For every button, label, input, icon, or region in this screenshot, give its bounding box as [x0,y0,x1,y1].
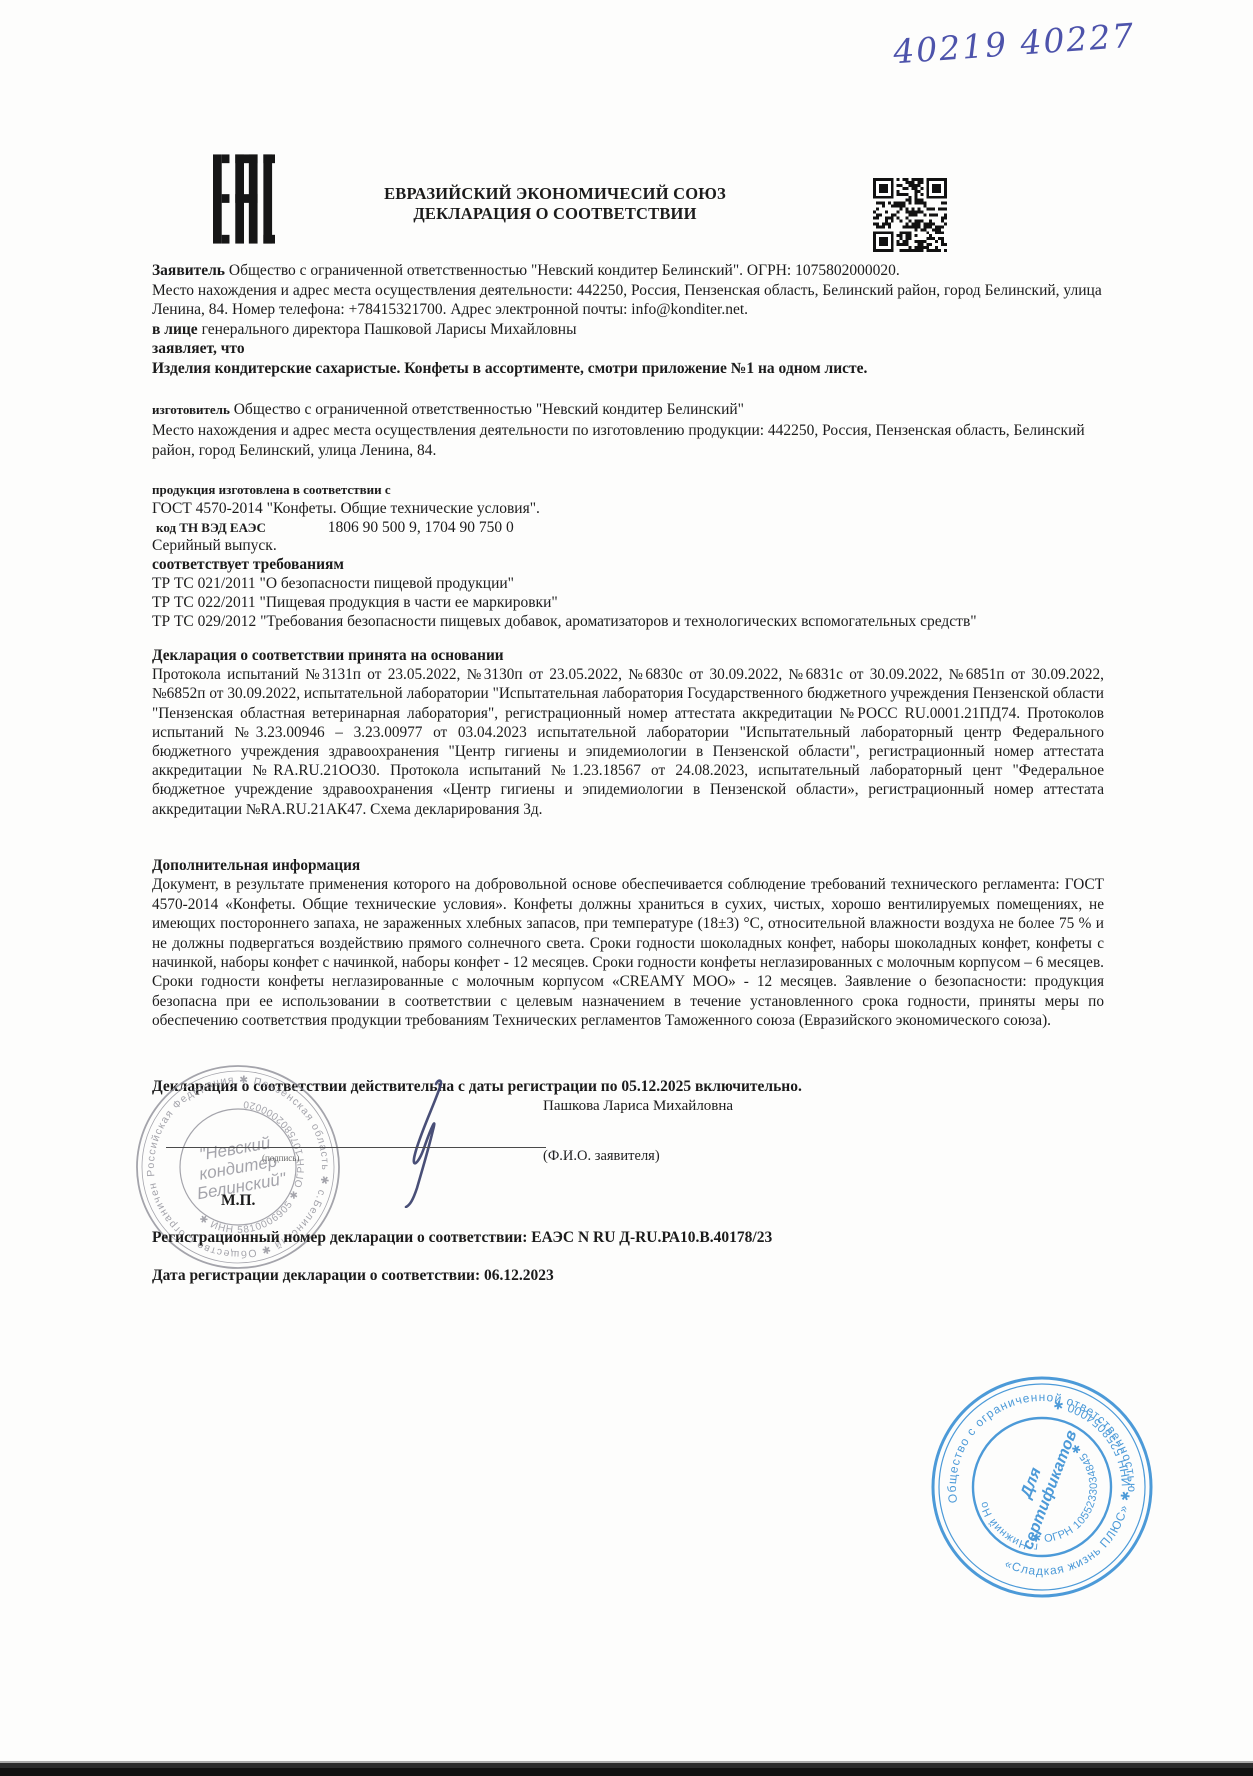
tnved-line: код ТН ВЭД ЕАЭС 1806 90 500 9, 1704 90 7… [152,519,1104,538]
title-line2: ДЕКЛАРАЦИЯ О СООТВЕТСТВИИ [320,204,790,224]
applicant-section: Заявитель Общество с ограниченной ответс… [152,261,1104,379]
eac-logo-icon [213,153,275,245]
regulation-line: ТР ТС 022/2011 "Пищевая продукция в част… [152,594,1104,613]
basis-heading: Декларация о соответствии принята на осн… [152,646,1104,665]
gost-line: ГОСТ 4570-2014 "Конфеты. Общие техническ… [152,500,1104,519]
signature-caption: (подпись) [262,1153,299,1163]
applicant-representative: в лице генерального директора Пашковой Л… [152,320,1104,340]
manufacturer-name: Общество с ограниченной ответственностью… [234,401,744,418]
scan-edge [0,1761,1253,1776]
representative-label: в лице [152,321,198,338]
applicant-intro: Общество с ограниченной ответственностью… [229,262,900,279]
manufacturer-label: изготовитель [152,402,230,417]
declarant-name-caption: (Ф.И.О. заявителя) [543,1148,660,1165]
manufacturer-line: изготовитель Общество с ограниченной отв… [152,400,1104,421]
product-line: Изделия кондитерские сахаристые. Конфеты… [152,359,1104,379]
production-section: продукция изготовлена в соответствии с Г… [152,481,1104,631]
regulation-line: ТР ТС 021/2011 "О безопасности пищевой п… [152,575,1104,594]
serial-line: Серийный выпуск. [152,537,1104,556]
title-line1: ЕВРАЗИЙСКИЙ ЭКОНОМИЧЕСИЙ СОЮЗ [320,184,790,204]
additional-section: Дополнительная информация Документ, в ре… [152,856,1104,1031]
tnved-label: код ТН ВЭД ЕАЭС [156,520,266,535]
signature-line [166,1147,546,1148]
manufacturer-section: изготовитель Общество с ограниченной отв… [152,400,1104,462]
handwritten-note: 40219 40227 [892,16,1137,72]
applicant-address: Место нахождения и адрес места осуществл… [152,281,1104,320]
basis-text: Протокола испытаний №3131п от 23.05.2022… [152,665,1104,819]
qr-code-icon [873,178,947,252]
regulation-line: ТР ТС 029/2012 "Требования безопасности … [152,613,1104,632]
additional-text: Документ, в результате применения которо… [152,875,1104,1030]
applicant-line: Заявитель Общество с ограниченной ответс… [152,261,1104,281]
document-page: 40219 40227 ЕВРАЗИЙСКИЙ ЭКОНОМИЧЕСИЙ СОЮ… [0,0,1253,1776]
registration-date-line: Дата регистрации декларации о соответств… [152,1267,554,1285]
registration-number-line: Регистрационный номер декларации о соотв… [152,1229,772,1247]
mp-label: М.П. [221,1192,255,1210]
manufacturer-address: Место нахождения и адрес места осуществл… [152,421,1104,462]
additional-heading: Дополнительная информация [152,856,1104,875]
declarant-name: Пашкова Лариса Михайловна [543,1098,733,1115]
tnved-codes: 1806 90 500 9, 1704 90 750 0 [328,519,514,536]
cert-stamp: Общество с ограниченной ответственностью… [927,1372,1157,1602]
made-in-accordance-label: продукция изготовлена в соответствии с [152,481,1104,500]
applicant-label: Заявитель [152,262,225,279]
declares-line: заявляет, что [152,339,1104,359]
representative-name: генерального директора Пашковой Ларисы М… [202,321,577,338]
page-title: ЕВРАЗИЙСКИЙ ЭКОНОМИЧЕСИЙ СОЮЗ ДЕКЛАРАЦИЯ… [320,184,790,223]
signature-handwriting [372,1078,482,1208]
complies-label: соответствует требованиям [152,556,1104,575]
basis-section: Декларация о соответствии принята на осн… [152,646,1104,819]
